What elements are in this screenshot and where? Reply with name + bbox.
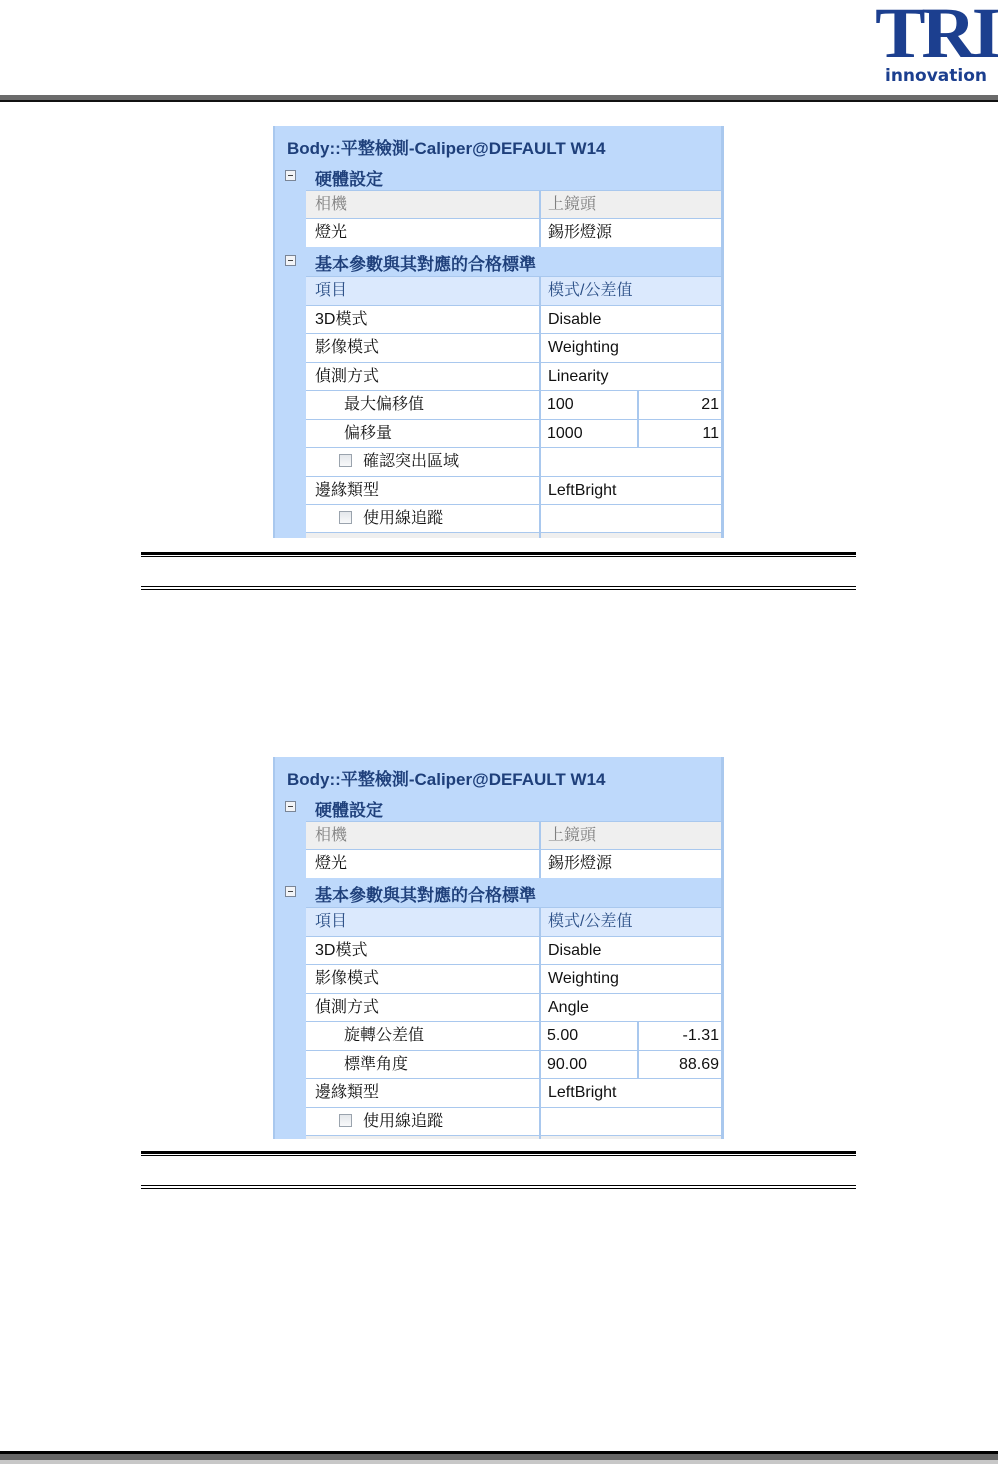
property-value: [541, 448, 724, 476]
property-value[interactable]: 錫形燈源: [541, 219, 724, 247]
property-value[interactable]: Weighting: [541, 334, 724, 362]
category-label: 基本參數與其對應的合格標準: [315, 250, 536, 275]
property-value[interactable]: LeftBright: [541, 1079, 724, 1107]
property-name: 3D模式: [306, 306, 541, 334]
property-value[interactable]: Weighting: [541, 965, 724, 993]
property-name: 燈光: [306, 219, 541, 247]
property-name: 影像模式: [306, 334, 541, 362]
property-row-line-tracking[interactable]: 使用線追蹤: [306, 504, 724, 532]
tolerance-value[interactable]: 1000: [541, 420, 639, 448]
category-label: 硬體設定: [315, 796, 383, 821]
property-row-3d-mode[interactable]: 3D模式 Disable: [306, 305, 724, 333]
property-name-cell: 使用線追蹤: [306, 1108, 541, 1136]
property-row-image-mode[interactable]: 影像模式 Weighting: [306, 333, 724, 361]
property-panel-angle: Body::平整檢測-Caliper@DEFAULT W14 硬體設定 相機 上…: [273, 757, 724, 1139]
checkbox-unchecked-icon[interactable]: [339, 1114, 352, 1127]
property-row-camera[interactable]: 相機 上鏡頭: [306, 821, 724, 849]
property-row-standard-angle[interactable]: 標準角度 90.00 88.69: [306, 1050, 724, 1078]
property-row-image-mode[interactable]: 影像模式 Weighting: [306, 964, 724, 992]
collapse-icon[interactable]: [285, 170, 296, 181]
logo-wordmark: TRI: [875, 2, 997, 64]
panel-title: Body::平整檢測-Caliper@DEFAULT W14: [287, 765, 606, 790]
property-row-cutoff: [306, 532, 724, 538]
property-value[interactable]: Angle: [541, 994, 724, 1022]
property-value[interactable]: 上鏡頭: [541, 822, 724, 850]
category-label: 基本參數與其對應的合格標準: [315, 881, 536, 906]
caption-rule-bottom-thin: [141, 1188, 856, 1189]
logo-tagline: innovation: [878, 66, 994, 86]
tolerance-value[interactable]: 100: [541, 391, 639, 419]
property-name: 旋轉公差值: [306, 1022, 541, 1050]
property-value[interactable]: Disable: [541, 937, 724, 965]
property-value: [541, 505, 724, 533]
property-value[interactable]: Linearity: [541, 363, 724, 391]
property-row-max-offset[interactable]: 最大偏移值 100 21: [306, 390, 724, 418]
measured-value: 21: [639, 391, 724, 419]
property-header-row: 項目 模式/公差值: [306, 276, 724, 304]
column-header-item: 項目: [306, 277, 541, 305]
tri-innovation-logo: TRI innovation: [878, 2, 994, 86]
property-row-edge-type[interactable]: 邊緣類型 LeftBright: [306, 476, 724, 504]
property-name: [306, 533, 541, 538]
property-value[interactable]: 錫形燈源: [541, 850, 724, 878]
caption-rule-top: [141, 1151, 856, 1154]
property-row-camera[interactable]: 相機 上鏡頭: [306, 190, 724, 218]
collapse-icon[interactable]: [285, 255, 296, 266]
footer-divider-light: [0, 1460, 998, 1464]
property-row-detect-method[interactable]: 偵測方式 Angle: [306, 993, 724, 1021]
collapse-icon[interactable]: [285, 886, 296, 897]
property-row-cutoff: [306, 1135, 724, 1139]
measured-value: -1.31: [639, 1022, 724, 1050]
caption-rule-bottom: [141, 586, 856, 587]
property-name: 最大偏移值: [306, 391, 541, 419]
category-label: 硬體設定: [315, 165, 383, 190]
category-hardware-settings[interactable]: 硬體設定: [275, 793, 721, 821]
column-header-mode-tolerance: 模式/公差值: [541, 277, 724, 305]
property-name: 偏移量: [306, 420, 541, 448]
property-name: [306, 1136, 541, 1139]
caption-rule-top: [141, 552, 856, 555]
property-name: 燈光: [306, 850, 541, 878]
property-name: 偵測方式: [306, 994, 541, 1022]
property-header-row: 項目 模式/公差值: [306, 907, 724, 935]
property-name: 相機: [306, 822, 541, 850]
property-row-lighting[interactable]: 燈光 錫形燈源: [306, 849, 724, 877]
property-value[interactable]: 上鏡頭: [541, 191, 724, 219]
property-value[interactable]: Disable: [541, 306, 724, 334]
caption-rule-bottom-thin: [141, 589, 856, 590]
category-basic-params[interactable]: 基本參數與其對應的合格標準: [275, 878, 721, 906]
property-value: [541, 1136, 724, 1139]
caption-rule-bottom: [141, 1185, 856, 1186]
property-row-offset[interactable]: 偏移量 1000 11: [306, 419, 724, 447]
property-name: 偵測方式: [306, 363, 541, 391]
property-name: 邊緣類型: [306, 1079, 541, 1107]
header-divider-underline: [0, 100, 998, 102]
checkbox-unchecked-icon[interactable]: [339, 511, 352, 524]
panel-title: Body::平整檢測-Caliper@DEFAULT W14: [287, 134, 606, 159]
column-header-mode-tolerance: 模式/公差值: [541, 908, 724, 936]
property-name-cell: 使用線追蹤: [306, 505, 541, 533]
property-row-3d-mode[interactable]: 3D模式 Disable: [306, 936, 724, 964]
property-row-lighting[interactable]: 燈光 錫形燈源: [306, 218, 724, 246]
property-name: 邊緣類型: [306, 477, 541, 505]
category-basic-params[interactable]: 基本參數與其對應的合格標準: [275, 247, 721, 275]
property-name: 3D模式: [306, 937, 541, 965]
property-value[interactable]: LeftBright: [541, 477, 724, 505]
property-value: [541, 1108, 724, 1136]
property-name: 相機: [306, 191, 541, 219]
checkbox-label: 使用線追蹤: [363, 510, 443, 527]
property-row-rotation-tolerance[interactable]: 旋轉公差值 5.00 -1.31: [306, 1021, 724, 1049]
property-value: [541, 533, 724, 538]
property-row-line-tracking[interactable]: 使用線追蹤: [306, 1107, 724, 1135]
caption-rule-top-thin: [141, 1155, 856, 1156]
measured-value: 88.69: [639, 1051, 724, 1079]
property-name: 影像模式: [306, 965, 541, 993]
property-row-detect-method[interactable]: 偵測方式 Linearity: [306, 362, 724, 390]
column-header-item: 項目: [306, 908, 541, 936]
property-name-cell: 確認突出區域: [306, 448, 541, 476]
measured-value: 11: [639, 420, 724, 448]
checkbox-label: 確認突出區域: [363, 453, 459, 470]
checkbox-unchecked-icon[interactable]: [339, 454, 352, 467]
caption-rule-top-thin: [141, 556, 856, 557]
property-panel-linearity: Body::平整檢測-Caliper@DEFAULT W14 硬體設定 相機 上…: [273, 126, 724, 538]
property-row-edge-type[interactable]: 邊緣類型 LeftBright: [306, 1078, 724, 1106]
property-row-check-protrusion[interactable]: 確認突出區域: [306, 447, 724, 475]
collapse-icon[interactable]: [285, 801, 296, 812]
property-name: 標準角度: [306, 1051, 541, 1079]
checkbox-label: 使用線追蹤: [363, 1113, 443, 1130]
tolerance-value[interactable]: 5.00: [541, 1022, 639, 1050]
tolerance-value[interactable]: 90.00: [541, 1051, 639, 1079]
category-hardware-settings[interactable]: 硬體設定: [275, 162, 721, 190]
